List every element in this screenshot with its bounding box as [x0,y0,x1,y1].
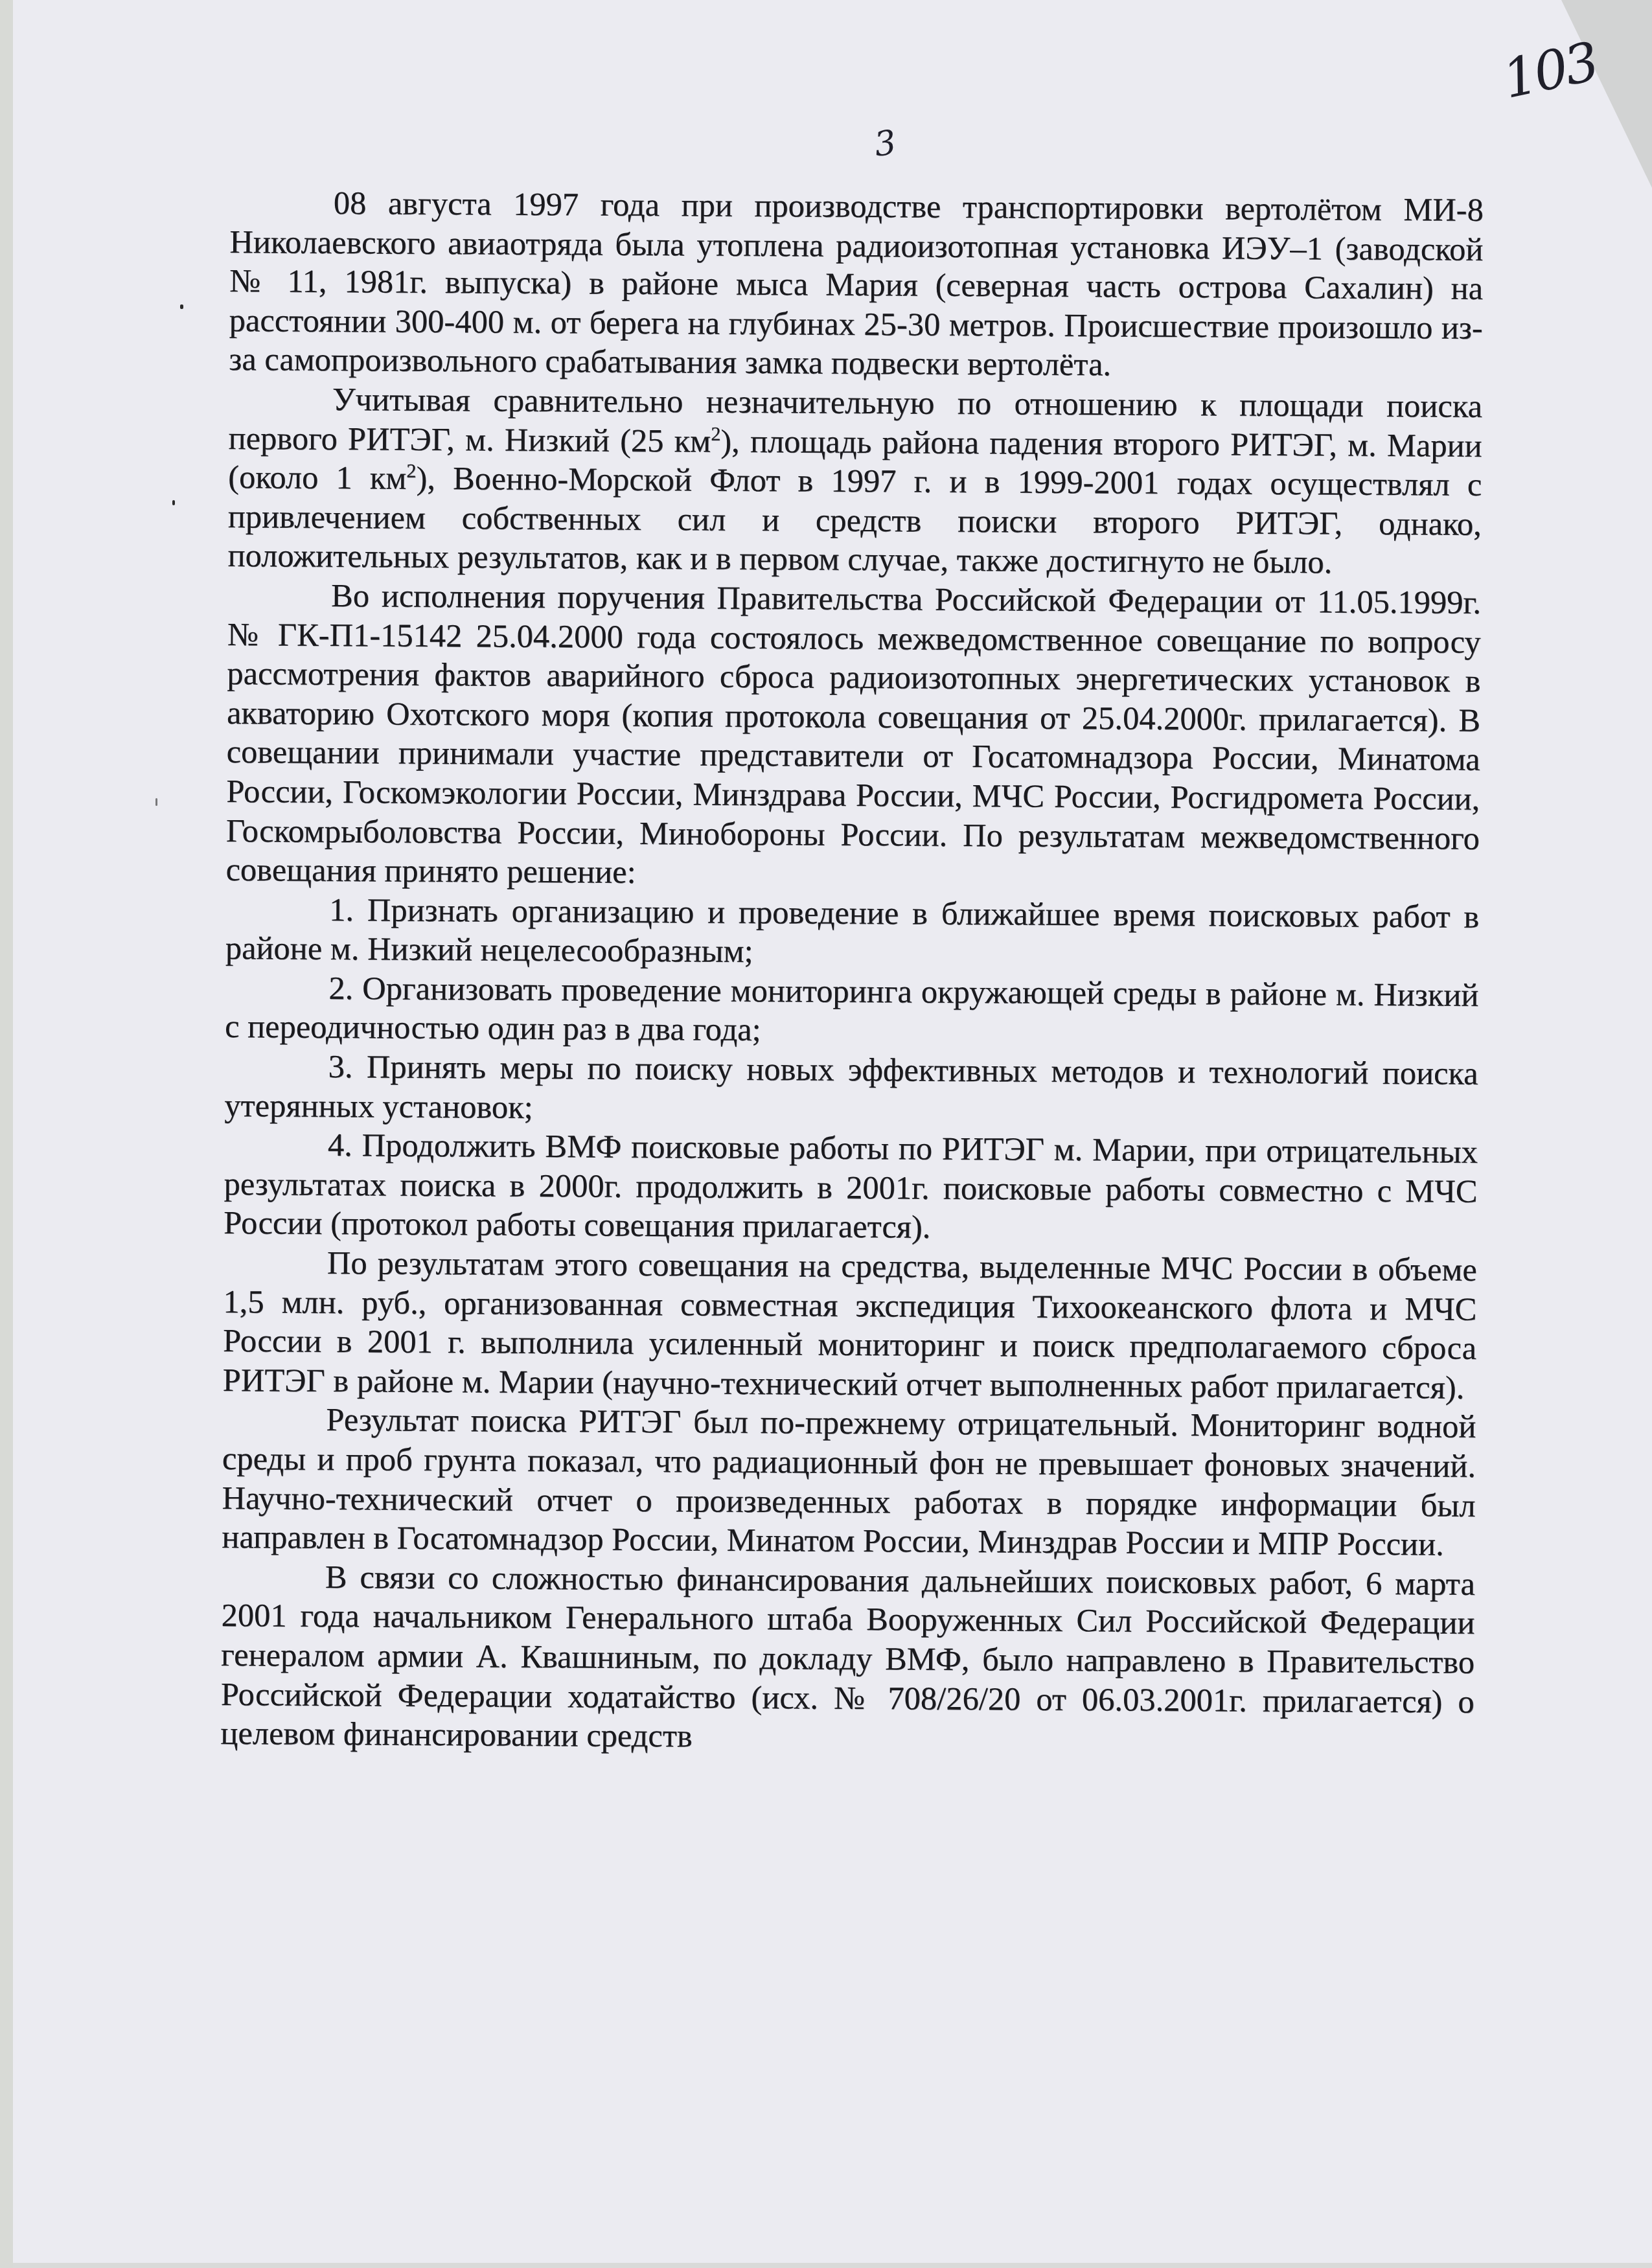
scan-bottom-edge [13,2263,1652,2268]
scan-left-edge [0,0,14,2268]
paragraph-search-areas: Учитывая сравнительно незначительную по … [227,379,1482,583]
decision-item-1: 1. Признать организацию и проведение в б… [225,889,1480,976]
paragraph-interagency-meeting: Во исполнения поручения Правительства Ро… [225,575,1481,897]
paragraph-search-result: Результат поиска РИТЭГ был по-прежнему о… [222,1399,1476,1564]
scan-speck [180,304,183,309]
scan-speck [155,798,157,806]
paragraph-helicopter-incident: 08 августа 1997 года при производстве тр… [229,183,1484,387]
superscript: 2 [406,460,416,482]
document-body: 08 августа 1997 года при производстве тр… [220,183,1484,1761]
decision-item-3: 3. Принять меры по поиску новых эффектив… [224,1046,1478,1132]
decision-item-4: 4. Продолжить ВМФ поисковые работы по РИ… [224,1125,1478,1250]
paragraph-funding-request: В связи со сложностью финансирования дал… [220,1557,1475,1761]
text-fragment: ), Военно-Морской Флот в 1997 г. и в 199… [227,460,1482,580]
superscript: 2 [711,422,720,444]
scan-speck [172,500,175,505]
paragraph-expedition: По результатам этого совещания на средст… [223,1243,1477,1407]
decision-item-2: 2. Организовать проведение мониторинга о… [225,968,1479,1054]
